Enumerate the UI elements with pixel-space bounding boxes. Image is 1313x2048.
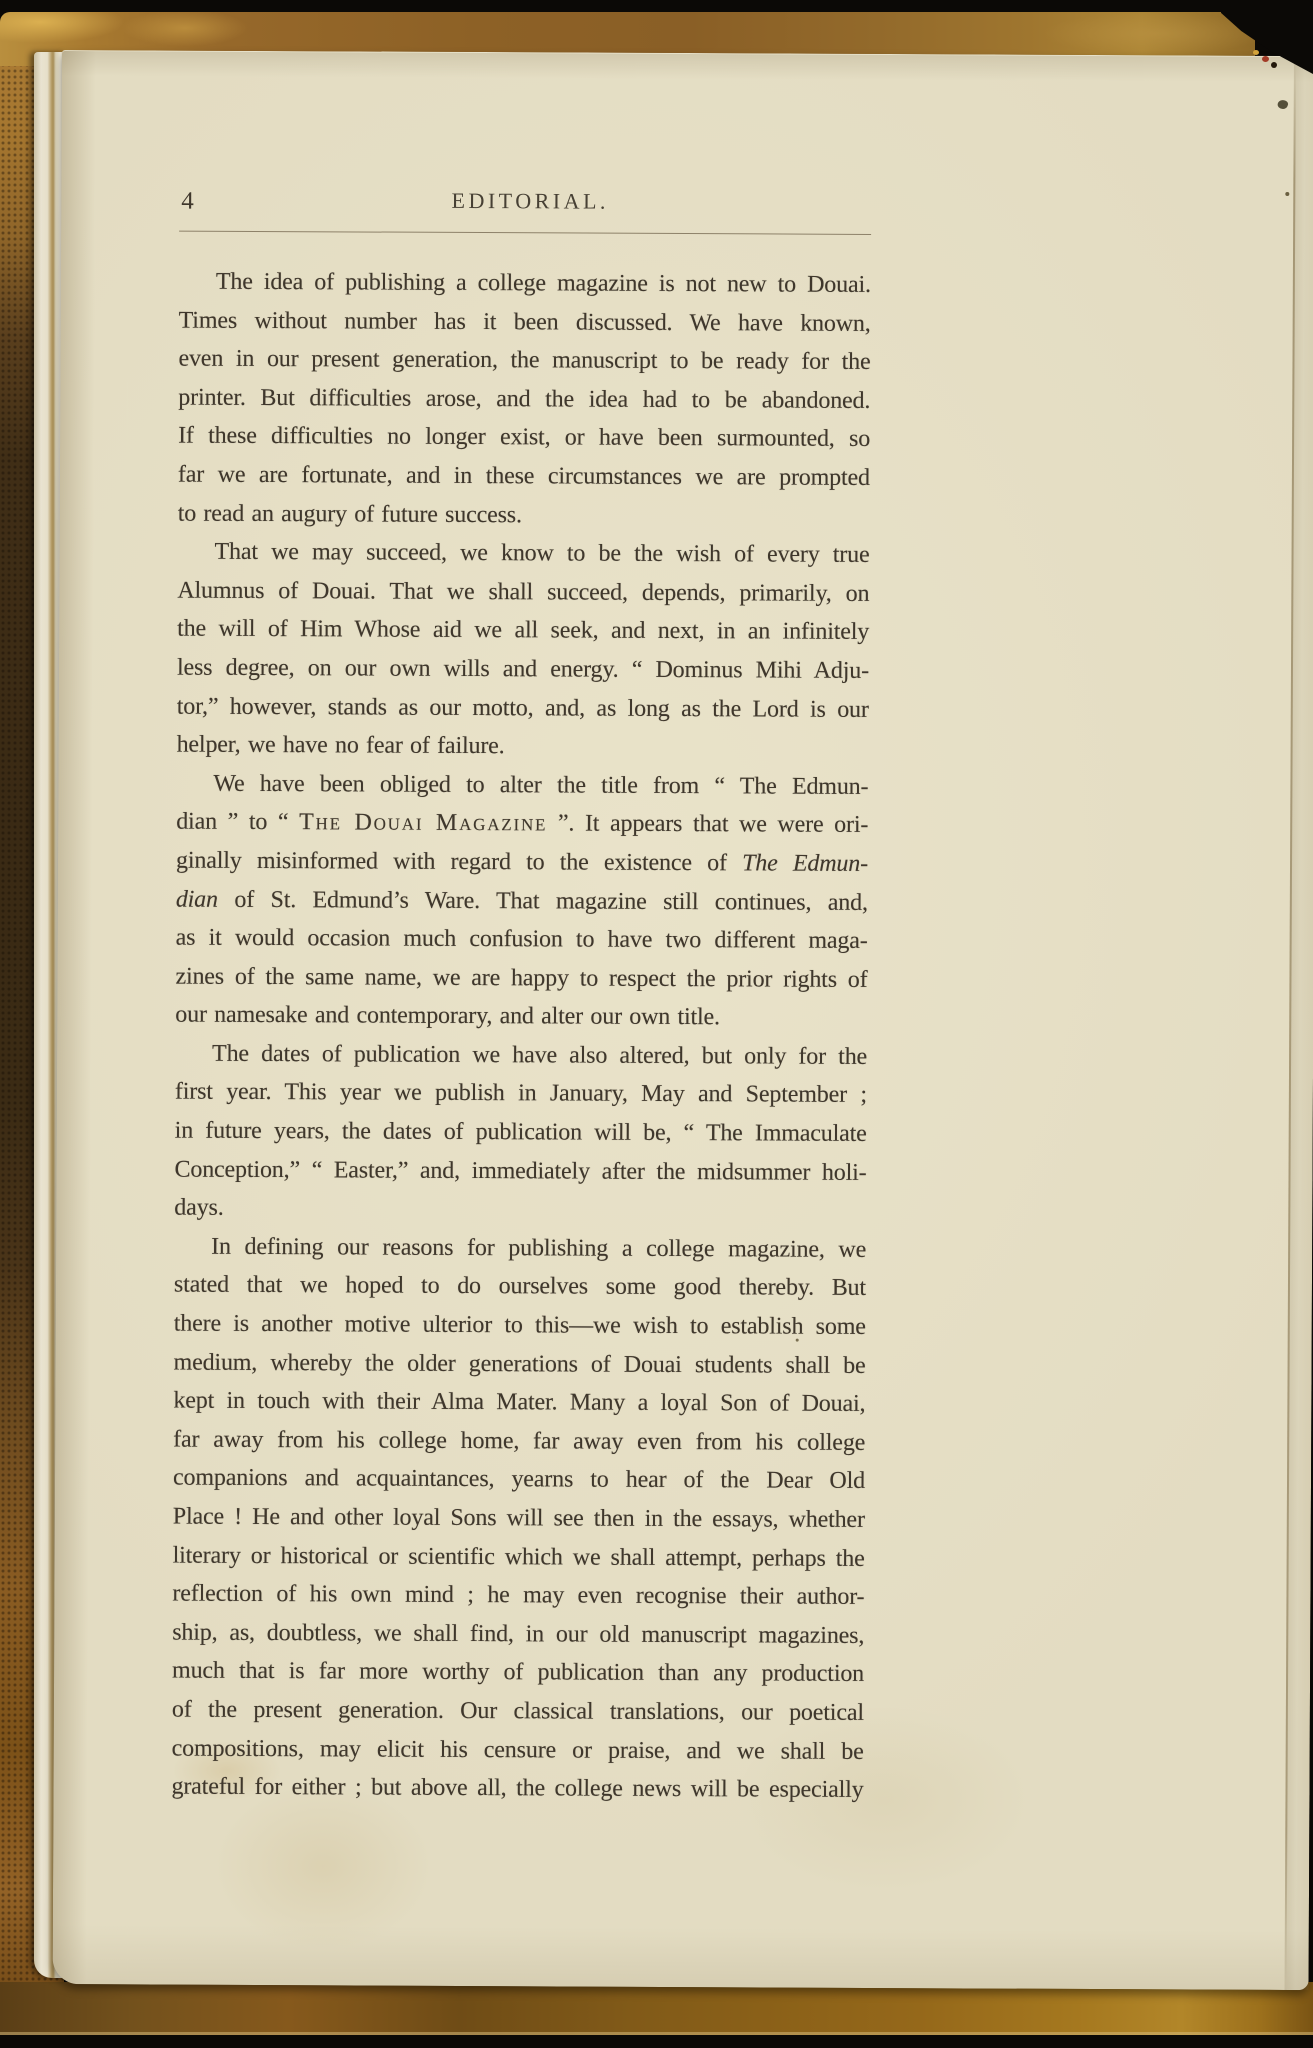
text-line: If these difficulties no longer exist, o… <box>178 417 870 459</box>
paragraph: We have been obliged to alter the title … <box>175 764 868 1038</box>
header-rule <box>179 231 871 235</box>
text-line: in future years, the dates of publicatio… <box>175 1112 867 1154</box>
text-line: Alumnus of Douai. That we shall succeed,… <box>177 571 869 613</box>
text-line: there is another motive ulterior to this… <box>174 1305 866 1347</box>
text-line: dian of St. Edmund’s Ware. That magazine… <box>176 880 868 922</box>
book-page: 4 EDITORIAL. The idea of publishing a co… <box>53 50 1313 1990</box>
cover-damage-speck <box>1271 62 1277 68</box>
running-header: EDITORIAL. <box>179 187 871 216</box>
text-line: kept in touch with their Alma Mater. Man… <box>173 1382 865 1424</box>
text-line: stated that we hoped to do ourselves som… <box>174 1266 866 1308</box>
text-line: reflection of his own mind ; he may even… <box>172 1575 864 1617</box>
text-line: even in our present generation, the manu… <box>178 340 870 382</box>
paragraph: That we may succeed, we know to be the w… <box>177 533 870 768</box>
text-line: zines of the same name, we are happy to … <box>175 957 867 999</box>
text-line: to read an augury of future success. <box>178 494 870 536</box>
cover-damage-speck <box>1253 50 1259 55</box>
text-line: The idea of publishing a college magazin… <box>179 263 871 305</box>
text-line: We have been obliged to alter the title … <box>176 764 868 806</box>
page-header: 4 EDITORIAL. <box>179 187 871 220</box>
paragraph: The idea of publishing a college magazin… <box>178 263 871 537</box>
text-line: literary or historical or scientific whi… <box>173 1536 865 1578</box>
text-line: compositions, may elicit his censure or … <box>172 1729 864 1771</box>
text-line: ship, as, doubtless, we shall find, in o… <box>172 1613 864 1655</box>
ink-speck <box>1285 192 1289 196</box>
text-line: medium, whereby the older generations of… <box>173 1343 865 1385</box>
text-line: dian ” to “ The Douai Magazine ”. It app… <box>176 803 868 845</box>
text-line: our namesake and contemporary, and alter… <box>175 996 867 1038</box>
text-line: Conception,” “ Easter,” and, immediately… <box>174 1150 866 1192</box>
text-line: far we are fortunate, and in these circu… <box>178 456 870 498</box>
text-line: far away from his college home, far away… <box>173 1420 865 1462</box>
text-line: printer. But difficulties arose, and the… <box>178 378 870 420</box>
editorial-text: The idea of publishing a college magazin… <box>171 263 871 1810</box>
text-line: tor,” however, stands as our motto, and,… <box>177 687 869 729</box>
text-line: In defining our reasons for publishing a… <box>174 1227 866 1269</box>
text-line: as it would occasion much confusion to h… <box>176 919 868 961</box>
text-line: Place ! He and other loyal Sons will see… <box>173 1498 865 1540</box>
text-line: first year. This year we publish in Janu… <box>175 1073 867 1115</box>
page-content: 4 EDITORIAL. The idea of publishing a co… <box>171 187 871 1810</box>
text-line: helper, we have no fear of failure. <box>177 726 869 768</box>
text-line: the will of Him Whose aid we all seek, a… <box>177 610 869 652</box>
ink-speck <box>1276 99 1288 111</box>
paragraph: The dates of publication we have also al… <box>174 1034 867 1230</box>
text-line: Times without number has it been discuss… <box>179 301 871 343</box>
text-line: That we may succeed, we know to be the w… <box>177 533 869 575</box>
text-line: much that is far more worthy of publicat… <box>172 1652 864 1694</box>
text-line: days. <box>174 1189 866 1231</box>
text-line: less degree, on our own wills and energy… <box>177 649 869 691</box>
book-photo: 4 EDITORIAL. The idea of publishing a co… <box>0 0 1313 2048</box>
text-line: of the present generation. Our classical… <box>172 1691 864 1733</box>
text-line: ginally misinformed with regard to the e… <box>176 841 868 883</box>
text-line: The dates of publication we have also al… <box>175 1034 867 1076</box>
cover-damage-speck <box>1262 56 1269 62</box>
text-line: companions and acquaintances, yearns to … <box>173 1459 865 1501</box>
book-cover-bottom-edge <box>0 1982 1313 2035</box>
paragraph: In defining our reasons for publishing a… <box>171 1227 866 1809</box>
text-line: grateful for either ; but above all, the… <box>171 1768 863 1810</box>
page-number: 4 <box>181 188 195 216</box>
